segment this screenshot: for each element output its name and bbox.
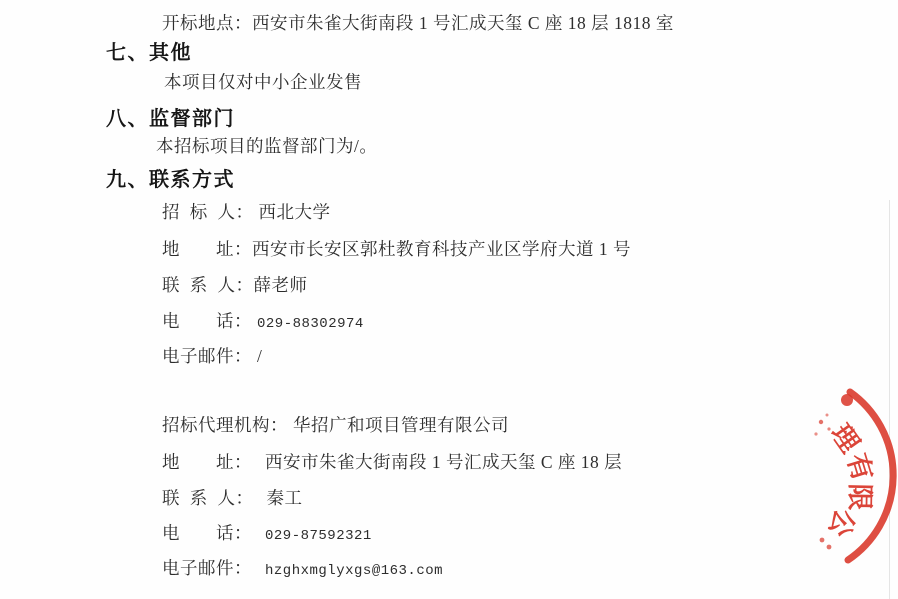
section-heading-contact: 九、联系方式 [106, 163, 235, 192]
tenderee-address-label: 地 址： [162, 239, 252, 259]
agency-name-row: 招标代理机构：华招广和项目管理有限公司 [162, 414, 509, 436]
tenderee-email-row: 电子邮件：/ [162, 345, 262, 367]
agency-contact-person-label: 联 系 人： [162, 488, 254, 508]
seal-speckle [819, 420, 823, 424]
agency-phone-value: 029-87592321 [265, 528, 372, 544]
tenderee-contact-person-value: 薛老师 [254, 275, 308, 295]
agency-contact-person-row: 联 系 人：秦工 [162, 487, 303, 509]
seal-char-xian: 限 [845, 483, 875, 511]
agency-name-value: 华招广和项目管理有限公司 [293, 415, 509, 435]
seal-partial-stroke [820, 538, 825, 543]
tenderee-address-row: 地 址：西安市长安区郭杜教育科技产业区学府大道 1 号 [162, 238, 631, 260]
opening-location-label: 开标地点： [162, 13, 252, 33]
tenderee-email-value: / [257, 346, 262, 366]
agency-name-label: 招标代理机构： [162, 415, 288, 435]
seal-speckle [814, 432, 817, 435]
seal-speckle [826, 414, 829, 417]
seal-char-you: 有 [841, 450, 878, 485]
tenderee-phone-value: 029-88302974 [257, 316, 364, 332]
tenderee-name-value: 西北大学 [259, 202, 331, 222]
tenderee-phone-label: 电 话： [162, 311, 252, 331]
seal-ink-blob [841, 394, 853, 406]
tenderee-contact-person-label: 联 系 人： [162, 275, 254, 295]
tenderee-address-value: 西安市长安区郭杜教育科技产业区学府大道 1 号 [252, 239, 631, 259]
agency-contact-person-value: 秦工 [267, 488, 303, 508]
seal-partial-stroke [827, 545, 832, 550]
agency-email-label: 电子邮件： [162, 558, 252, 578]
seal-char-gong: 公 [823, 505, 860, 540]
tenderee-phone-row: 电 话：029-88302974 [162, 310, 364, 335]
tenderee-name-label: 招 标 人： [162, 202, 254, 222]
section-heading-other: 七、其他 [106, 36, 192, 65]
section-body-supervision: 本招标项目的监督部门为/。 [156, 135, 377, 157]
agency-email-value: hzghxmglyxgs@163.com [265, 563, 443, 579]
document-page: 开标地点：西安市朱雀大街南段 1 号汇成天玺 C 座 18 层 1818 室 七… [0, 0, 898, 599]
agency-address-value: 西安市朱雀大街南段 1 号汇成天玺 C 座 18 层 [265, 452, 622, 472]
tenderee-contact-person-row: 联 系 人：薛老师 [162, 274, 308, 296]
red-company-seal: 理 有 限 公 [805, 382, 898, 582]
section-body-other: 本项目仅对中小企业发售 [164, 71, 362, 93]
agency-address-row: 地 址：西安市朱雀大街南段 1 号汇成天玺 C 座 18 层 [162, 451, 622, 473]
opening-location-line: 开标地点：西安市朱雀大街南段 1 号汇成天玺 C 座 18 层 1818 室 [162, 12, 674, 34]
agency-address-label: 地 址： [162, 452, 252, 472]
agency-phone-row: 电 话：029-87592321 [162, 522, 372, 547]
opening-location-value: 西安市朱雀大街南段 1 号汇成天玺 C 座 18 层 1818 室 [252, 13, 674, 33]
tenderee-email-label: 电子邮件： [162, 346, 252, 366]
tenderee-name-row: 招 标 人：西北大学 [162, 201, 331, 223]
agency-phone-label: 电 话： [162, 523, 252, 543]
seal-speckle [827, 427, 830, 430]
agency-email-row: 电子邮件：hzghxmglyxgs@163.com [162, 557, 443, 582]
section-heading-supervision: 八、监督部门 [106, 102, 235, 131]
